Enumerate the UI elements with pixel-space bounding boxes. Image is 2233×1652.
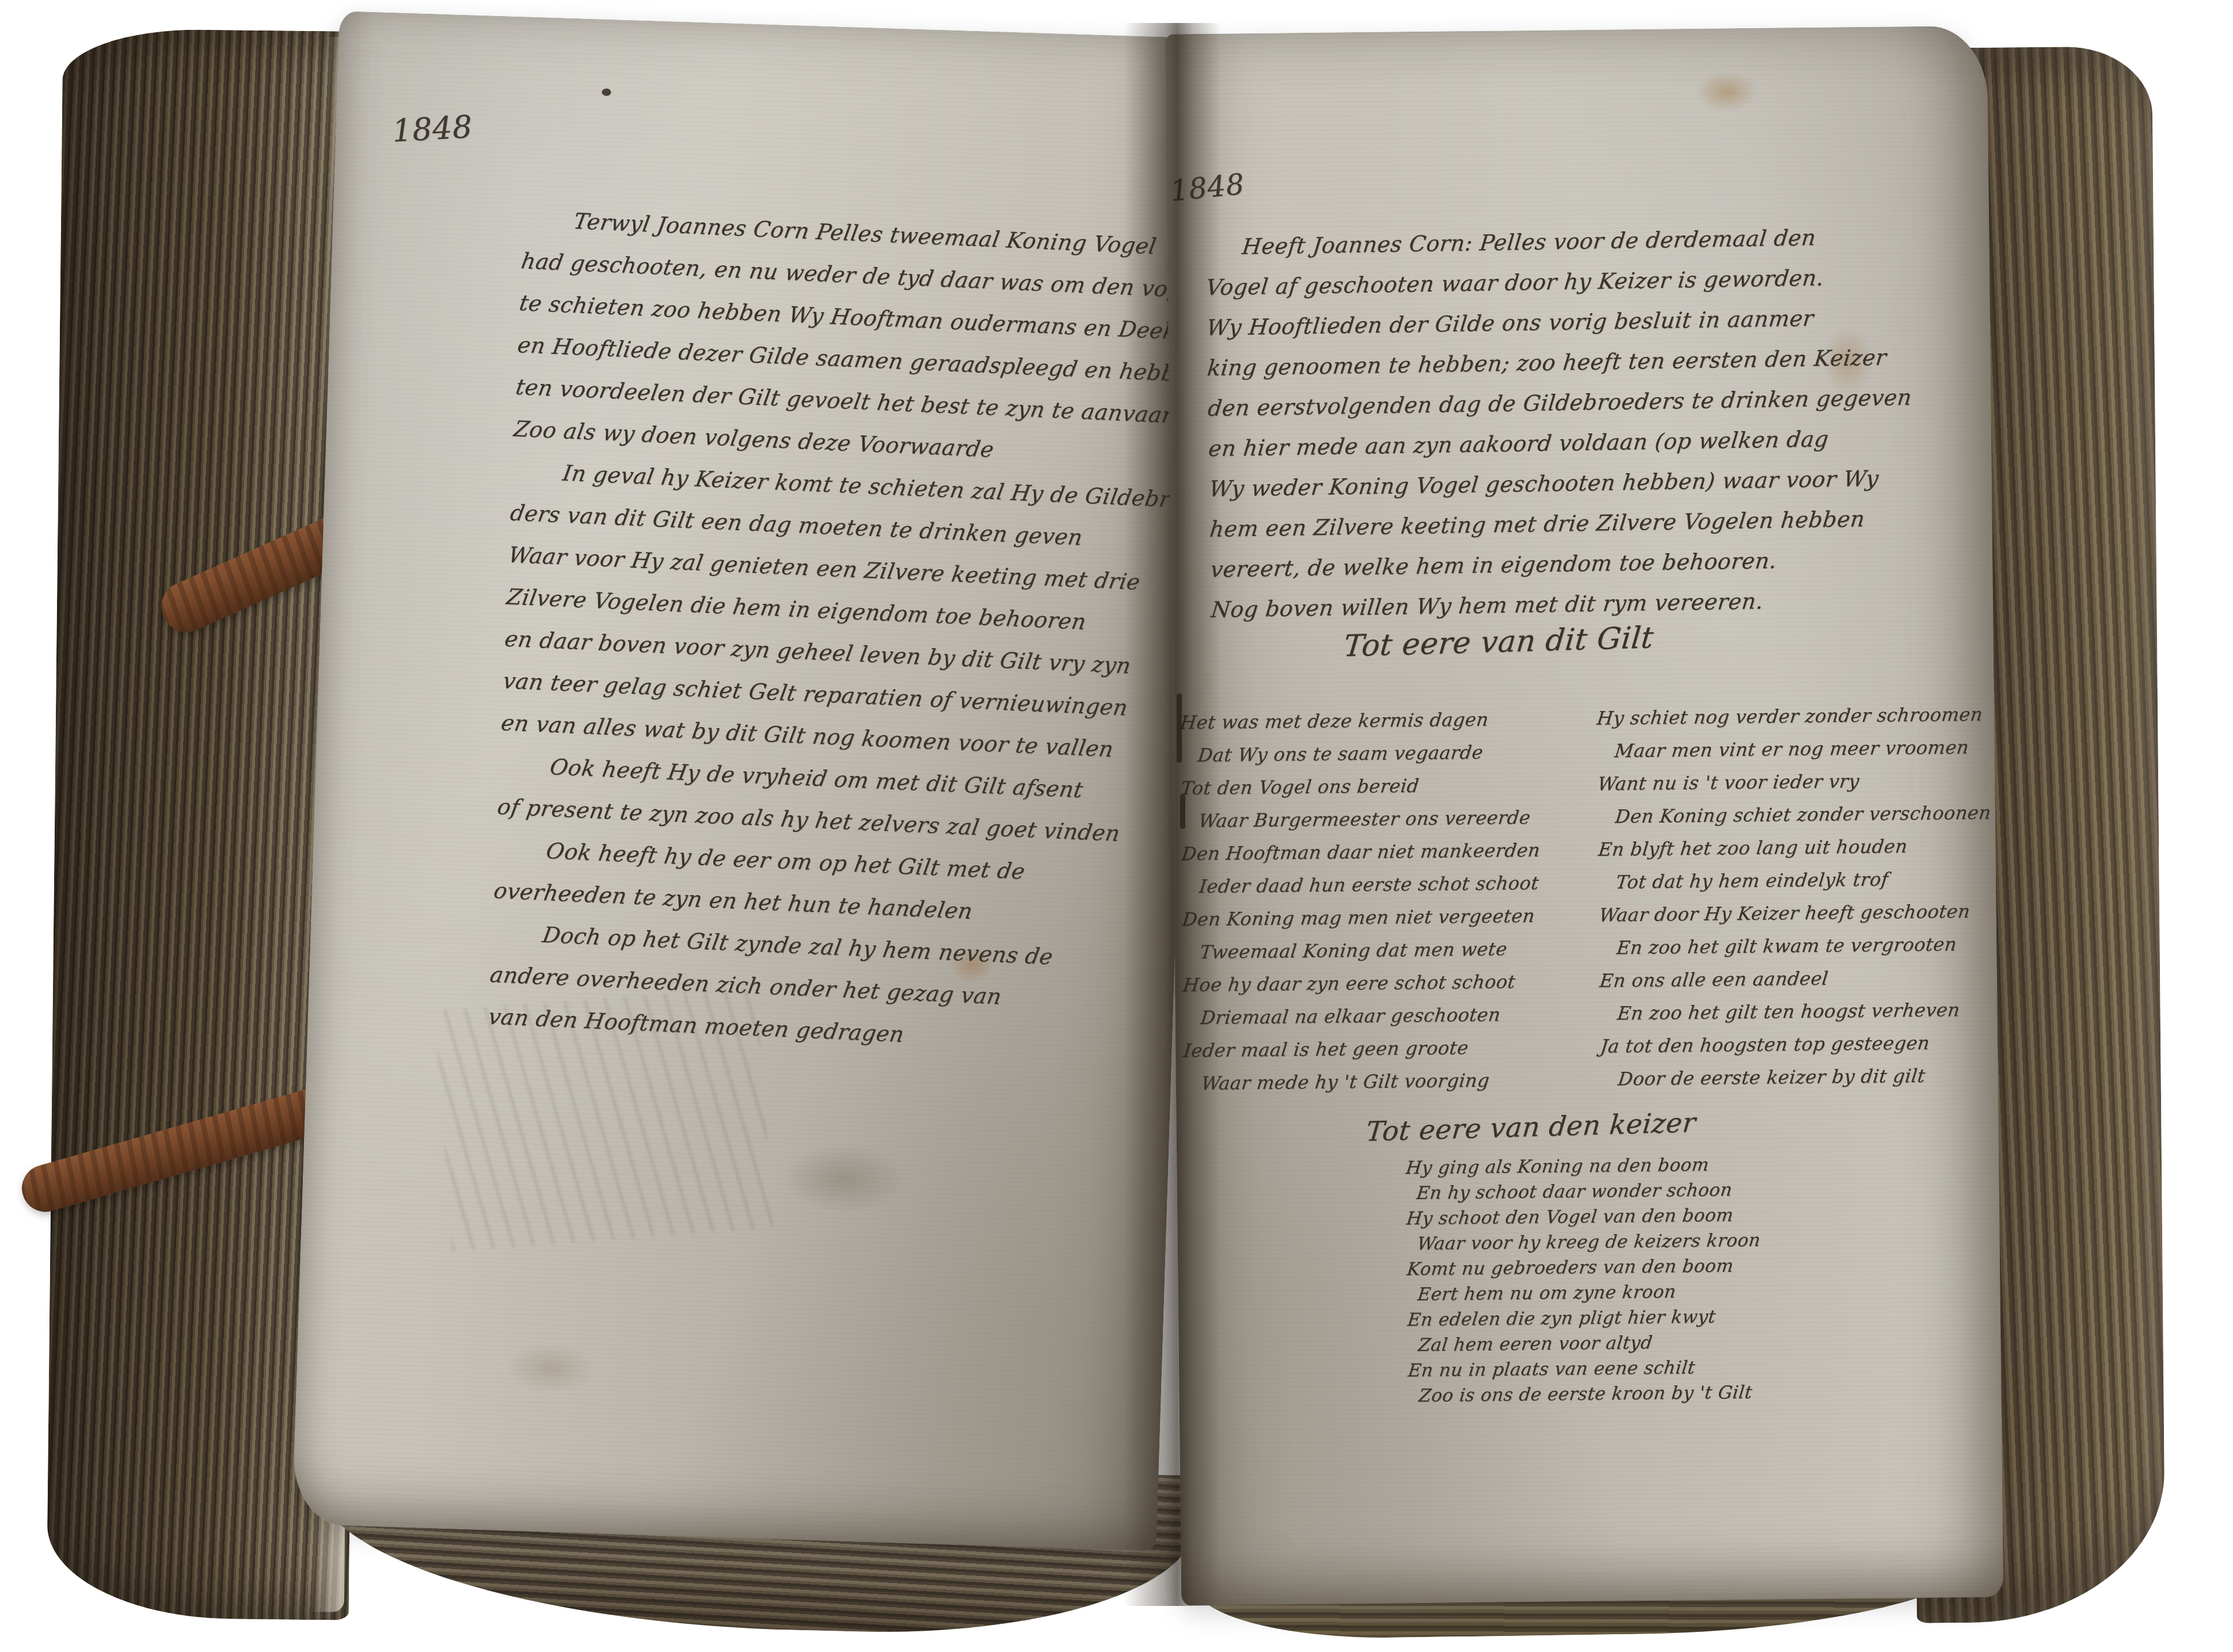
manuscript-line: Door de eerste keizer by dit gilt (1599, 1059, 1994, 1096)
left-paragraph-2: In geval hy Keizer komt te schieten zal … (500, 450, 1197, 774)
manuscript-line: En hy schoot daar wonder schoon (1405, 1177, 1761, 1206)
emperor-honour-heading: Tot eere van den keizer (1365, 1107, 1698, 1148)
manuscript-line: En ons alle een aandeel (1598, 961, 1993, 998)
verse-column-left: Het was met deze kermis dagenDat Wy ons … (1180, 702, 1593, 1100)
smudge-stain (780, 1142, 909, 1215)
manuscript-line: Waar Burgermeester ons vereerde (1180, 801, 1592, 838)
emperor-verse: Hy ging als Koning na den boomEn hy scho… (1406, 1152, 1762, 1409)
manuscript-line: Het was met deze kermis dagen (1178, 702, 1591, 740)
left-page: 1848 Terwyl Joannes Corn Pelles tweemaal… (292, 11, 1204, 1551)
manuscript-line: En zoo het gilt ten hoogst verheven (1598, 994, 1993, 1030)
manuscript-line: En nu in plaats van eene schilt (1407, 1354, 1763, 1383)
manuscript-line: Eert hem nu om zyne kroon (1406, 1278, 1762, 1307)
manuscript-line: Hy schoot den Vogel van den boom (1405, 1202, 1762, 1231)
manuscript-line: Want nu is 't voor ieder vry (1596, 764, 1991, 801)
manuscript-line: Den Koning mag men niet vergeeten (1181, 899, 1593, 937)
manuscript-line: Zal hem eeren voor altyd (1406, 1329, 1763, 1358)
left-paragraph-1: Terwyl Joannes Corn Pelles tweemaal Koni… (513, 198, 1203, 479)
manuscript-line: En edelen die zyn pligt hier kwyt (1406, 1304, 1763, 1333)
photo-stage: 1848 Terwyl Joannes Corn Pelles tweemaal… (0, 0, 2233, 1652)
year-right: 1848 (1169, 168, 1246, 208)
manuscript-line: Komt nu gebroeders van den boom (1406, 1253, 1762, 1282)
manuscript-line: Tweemaal Koning dat men wete (1181, 932, 1593, 969)
manuscript-line: Ja tot den hoogsten top gesteegen (1599, 1026, 1994, 1063)
manuscript-line: Hy ging als Koning na den boom (1405, 1152, 1761, 1181)
manuscript-line: Maar men vint er nog meer vroomen (1596, 731, 1991, 768)
manuscript-line: Dat Wy ons te saam vegaarde (1179, 735, 1591, 772)
manuscript-line: Driemaal na elkaar geschooten (1181, 998, 1593, 1035)
manuscript-line: Waar door Hy Keizer heeft geschooten (1597, 895, 1992, 932)
manuscript-line: Den Hooftman daar niet mankeerden (1180, 833, 1592, 871)
year-left: 1848 (391, 108, 474, 149)
manuscript-line: Waar voor hy kreeg de keizers kroon (1405, 1228, 1762, 1257)
right-page-intro: Heeft Joannes Corn: Pelles voor de derde… (1205, 215, 1985, 630)
manuscript-line: Tot den Vogel ons bereid (1179, 768, 1591, 805)
manuscript-line: En blyft het zoo lang uit houden (1596, 829, 1991, 866)
manuscript-line: Tot dat hy hem eindelyk trof (1597, 862, 1992, 899)
tan-stain (1695, 71, 1759, 112)
manuscript-line: Den Koning schiet zonder verschoonen (1596, 797, 1991, 833)
manuscript-line: Ieder daad hun eerste schot schoot (1180, 866, 1592, 904)
manuscript-line: Hoe hy daar zyn eere schot schoot (1181, 965, 1593, 1002)
manuscript-line: Waar mede hy 't Gilt voorging (1182, 1063, 1595, 1101)
manuscript-line: Hy schiet nog verder zonder schroomen (1595, 698, 1990, 735)
foot-stain (503, 1341, 597, 1395)
verse-column-right: Hy schiet nog verder zonder schroomenMaa… (1597, 698, 1992, 1096)
manuscript-line: En zoo het gilt kwam te vergrooten (1597, 928, 1992, 965)
right-page: 1848 Heeft Joannes Corn: Pelles voor de … (1165, 26, 2004, 1606)
ink-speck (602, 88, 611, 96)
manuscript-line: Ieder maal is het geen groote (1182, 1030, 1594, 1068)
left-page-text: Terwyl Joannes Corn Pelles tweemaal Koni… (488, 198, 1204, 1068)
manuscript-line: Zoo is ons de eerste kroon by 't Gilt (1407, 1380, 1763, 1409)
